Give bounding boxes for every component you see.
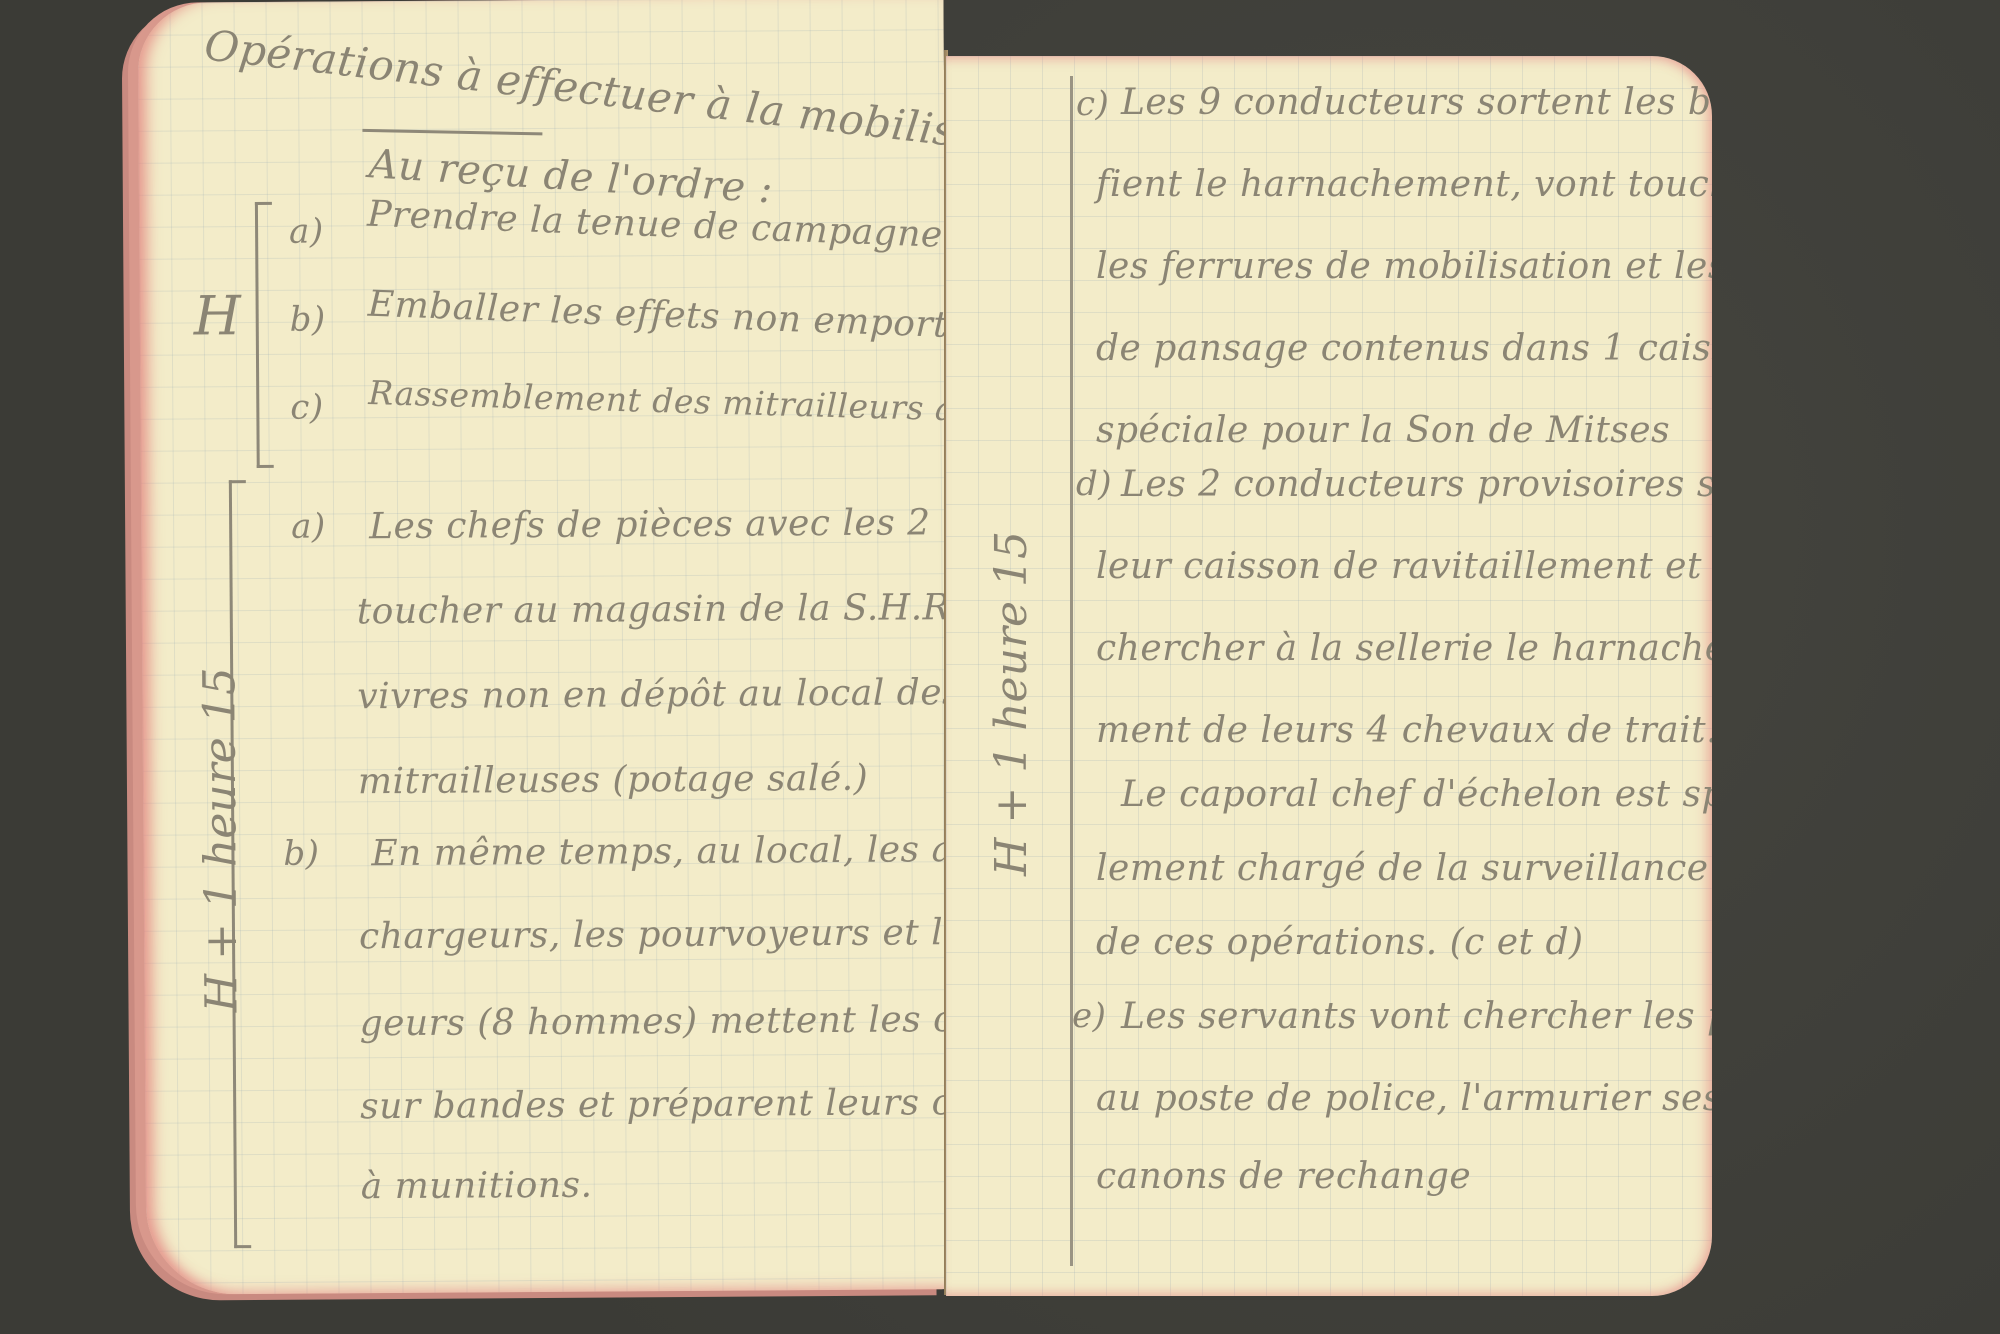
margin-rule — [1070, 76, 1073, 1266]
h-label: H — [193, 284, 241, 347]
item-line: mitrailleuses (potage salé.) — [358, 758, 869, 803]
item-marker: b) — [283, 834, 319, 874]
item-line: sur bandes et préparent leurs caisses — [360, 1081, 952, 1127]
item-marker: a) — [291, 507, 326, 547]
item-line: canons de rechange — [1096, 1156, 1471, 1197]
item-text: Rassemblement des mitrailleurs au local — [368, 373, 953, 432]
item-marker: a) — [289, 212, 324, 252]
item-line: lement chargé de la surveillance — [1096, 848, 1709, 889]
item-line: les ferrures de mobilisation et les obje… — [1096, 246, 1712, 287]
page-title: Opérations à effectuer à la mobilisation — [202, 20, 953, 168]
item-marker: d) — [1076, 464, 1112, 504]
item-line: Les 2 conducteurs provisoires sortent — [1121, 464, 1712, 505]
h-bracket — [255, 202, 274, 468]
margin-note-time: H + 1 heure 15 — [194, 667, 247, 1012]
item-line: Les 9 conducteurs sortent les bâts, véri… — [1121, 82, 1712, 123]
left-page: Opérations à effectuer à la mobilisation… — [137, 0, 952, 1295]
item-marker: e) — [1072, 996, 1106, 1036]
item-line: geurs (8 hommes) mettent les cartouches — [359, 998, 952, 1044]
right-page: H + 1 heure 15 c) Les 9 conducteurs sort… — [946, 56, 1712, 1296]
item-line: Le caporal chef d'échelon est spécia — [1121, 774, 1712, 815]
item-line: de ces opérations. (c et d) — [1096, 922, 1584, 963]
item-text: Emballer les effets non emportés — [367, 284, 952, 348]
item-line: Les servants vont chercher les pièces — [1121, 996, 1712, 1037]
item-line: leur caisson de ravitaillement et vont — [1096, 546, 1712, 587]
item-line: fient le harnachement, vont toucher — [1096, 164, 1712, 205]
item-marker: c) — [290, 388, 324, 428]
item-line: toucher au magasin de la S.H.R. les — [357, 587, 953, 633]
margin-note-time: H + 1 heure 15 — [986, 531, 1037, 876]
item-marker: b) — [290, 300, 326, 340]
item-line: Les chefs de pièces avec les 2 tireurs v… — [369, 501, 952, 548]
item-line: au poste de police, l'armurier ses — [1096, 1078, 1712, 1119]
item-line: de pansage contenus dans 1 caisse — [1096, 328, 1712, 369]
item-line: spéciale pour la Son de Mitses — [1096, 410, 1670, 451]
item-line: En même temps, au local, les aide- — [371, 829, 952, 875]
item-marker: c) — [1076, 84, 1109, 124]
item-line: à munitions. — [361, 1165, 593, 1208]
item-line: chercher à la sellerie le harnache- — [1096, 628, 1712, 669]
title-underline — [362, 129, 542, 135]
item-line: ment de leurs 4 chevaux de trait. — [1096, 710, 1712, 751]
item-line: chargeurs, les pourvoyeurs et les char- — [359, 911, 953, 957]
item-line: vivres non en dépôt au local des — [357, 672, 952, 717]
